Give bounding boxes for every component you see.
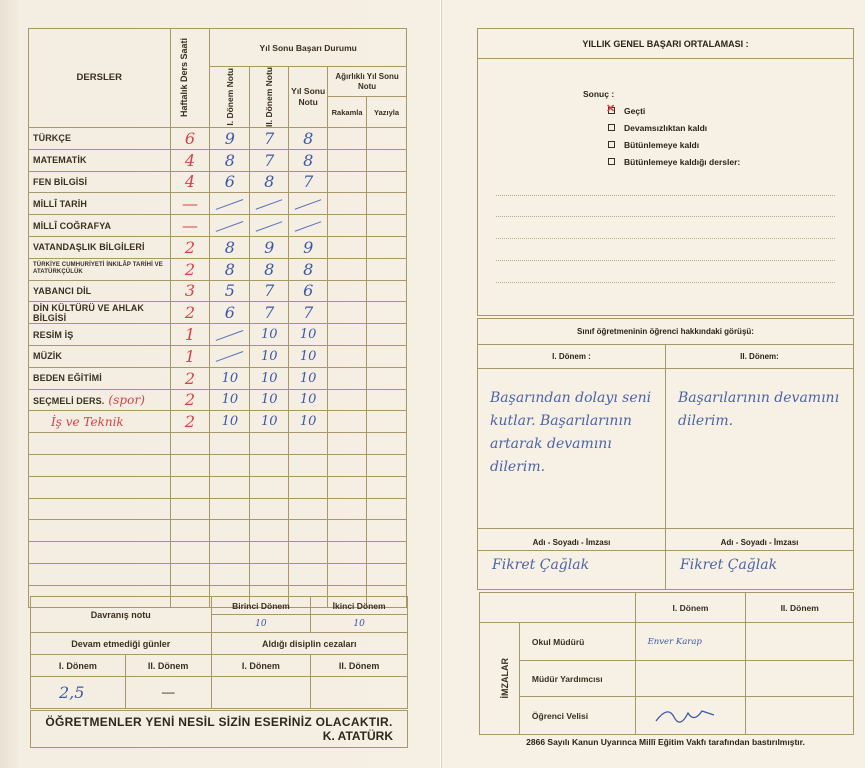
table-row: MİLLÎ COĞRAFYA—: [29, 215, 407, 237]
absence-term2-value: —: [125, 677, 211, 709]
result-label: Sonuç :: [583, 89, 740, 99]
role-parent: Öğrenci Velisi: [519, 697, 635, 735]
empty-cell: [328, 498, 367, 520]
absence-term1-value: 2,5: [31, 677, 126, 709]
empty-cell: [328, 433, 367, 455]
weighted-in-numbers: [328, 411, 367, 433]
term2-grade: 10: [250, 324, 289, 346]
empty-row: [29, 433, 407, 455]
term2-grade: 10: [250, 367, 289, 389]
quote-text: ÖĞRETMENLER YENİ NESİL SİZİN ESERİNİZ OL…: [45, 715, 393, 729]
weighted-in-words: [367, 258, 407, 280]
opinion-term2-text: Başarılarının devamını dilerim.: [666, 369, 853, 528]
empty-cell: [289, 520, 328, 542]
subject-name: MİLLÎ TARİH: [29, 193, 171, 215]
empty-cell: [210, 563, 250, 585]
signatures-term1-label: I. Dönem: [635, 593, 746, 623]
teacher-name-term2: Fikret Çağlak: [666, 551, 853, 589]
weekly-hours: 2: [170, 389, 210, 411]
dotted-line: [496, 282, 835, 283]
signatures-term2-label: II. Dönem: [746, 593, 854, 623]
empty-cell: [170, 498, 210, 520]
empty-cell: [289, 454, 328, 476]
empty-row: [29, 454, 407, 476]
subject-name: MİLLÎ COĞRAFYA: [29, 215, 171, 237]
empty-row: [29, 498, 407, 520]
weighted-in-numbers: [328, 258, 367, 280]
weekly-hours: 2: [170, 236, 210, 258]
term1-grade: 10: [210, 367, 250, 389]
term2-grade: 9: [250, 236, 289, 258]
term1-grade: 6: [210, 171, 250, 193]
checkbox-icon[interactable]: [608, 158, 615, 165]
empty-cell: [289, 498, 328, 520]
year-end-grade: 10: [289, 411, 328, 433]
term1-grade: 10: [210, 411, 250, 433]
year-end-grade: 10: [289, 367, 328, 389]
opinion-title: Sınıf öğretmeninin öğrenci hakkındaki gö…: [478, 319, 853, 345]
empty-cell: [289, 476, 328, 498]
header-in-words: Yazıyla: [367, 97, 407, 128]
discipline-term1-label: I. Dönem: [211, 655, 311, 677]
weekly-hours: 2: [170, 258, 210, 280]
weekly-hours: 6: [170, 127, 210, 149]
header-in-numbers: Rakamla: [328, 97, 367, 128]
table-row: TÜRKÇE6978: [29, 127, 407, 149]
dotted-line: [496, 195, 835, 196]
empty-cell: [289, 433, 328, 455]
empty-cell: [367, 563, 407, 585]
weekly-hours: 4: [170, 149, 210, 171]
role-principal: Okul Müdürü: [519, 623, 635, 661]
checkbox-icon[interactable]: [608, 141, 615, 148]
empty-cell: [328, 563, 367, 585]
weighted-in-words: [367, 127, 407, 149]
vice-principal-signature-term2: [746, 661, 854, 697]
weighted-in-words: [367, 171, 407, 193]
weighted-in-numbers: [328, 324, 367, 346]
empty-cell: [29, 454, 171, 476]
opinion-term1-label: I. Dönem :: [478, 345, 666, 368]
dotted-line: [496, 260, 835, 261]
opinion-term1-text: Başarından dolayı seni kutlar. Başarılar…: [478, 369, 666, 528]
weighted-in-numbers: [328, 302, 367, 324]
empty-row: [29, 476, 407, 498]
footer-note: 2866 Sayılı Kanun Uyarınca Millî Eğitim …: [477, 737, 854, 747]
empty-cell: [29, 433, 171, 455]
empty-cell: [170, 476, 210, 498]
absence-label: Devam etmediği günler: [31, 633, 212, 655]
second-term-label: İkinci Dönem: [311, 597, 408, 615]
weighted-in-words: [367, 389, 407, 411]
year-end-grade: 6: [289, 280, 328, 302]
empty-cell: [170, 454, 210, 476]
empty-cell: [170, 520, 210, 542]
behaviour-table: Davranış notu Birinci Dönem İkinci Dönem…: [30, 596, 408, 709]
term1-grade: 5: [210, 280, 250, 302]
empty-cell: [210, 520, 250, 542]
weighted-in-words: [367, 367, 407, 389]
empty-row: [29, 520, 407, 542]
discipline-term2-label: II. Dönem: [311, 655, 408, 677]
empty-row: [29, 563, 407, 585]
empty-cell: [289, 542, 328, 564]
empty-cell: [250, 542, 289, 564]
empty-cell: [328, 454, 367, 476]
year-end-grade: 10: [289, 389, 328, 411]
term2-grade: 8: [250, 258, 289, 280]
subject-name: VATANDAŞLIK BİLGİLERİ: [29, 236, 171, 258]
weighted-in-words: [367, 345, 407, 367]
term1-grade: [210, 345, 250, 367]
weighted-in-words: [367, 193, 407, 215]
empty-cell: [367, 520, 407, 542]
year-end-grade: 10: [289, 345, 328, 367]
weekly-hours-text: Haftalık Ders Saati: [179, 38, 201, 117]
term2-grade: [250, 215, 289, 237]
weighted-in-numbers: [328, 149, 367, 171]
weighted-in-words: [367, 149, 407, 171]
subject-name: RESİM İŞ: [29, 324, 171, 346]
term2-grade: 10: [250, 389, 289, 411]
empty-cell: [250, 520, 289, 542]
table-row: MÜZİK11010: [29, 345, 407, 367]
subject-name: MÜZİK: [29, 345, 171, 367]
behaviour-term1-value: 10: [211, 615, 311, 633]
behaviour-label: Davranış notu: [31, 597, 212, 633]
term1-grade: 9: [210, 127, 250, 149]
empty-cell: [170, 563, 210, 585]
table-row: FEN BİLGİSİ4687: [29, 171, 407, 193]
empty-cell: [367, 433, 407, 455]
weighted-in-numbers: [328, 127, 367, 149]
empty-cell: [367, 476, 407, 498]
subject-name: BEDEN EĞİTİMİ: [29, 367, 171, 389]
term2-grade: 10: [250, 411, 289, 433]
term1-text: I. Dönem Notu: [225, 68, 235, 126]
first-term-label: Birinci Dönem: [211, 597, 311, 615]
year-end-grade: 8: [289, 127, 328, 149]
subject-name: FEN BİLGİSİ: [29, 171, 171, 193]
empty-cell: [250, 454, 289, 476]
empty-cell: [328, 520, 367, 542]
header-subjects: DERSLER: [29, 29, 171, 128]
header-year-end: Yıl Sonu Başarı Durumu: [210, 29, 407, 67]
weekly-hours: —: [170, 193, 210, 215]
term2-grade: 7: [250, 127, 289, 149]
table-row: YABANCI DİL3576: [29, 280, 407, 302]
year-end-grade: 7: [289, 171, 328, 193]
term1-grade: 8: [210, 258, 250, 280]
empty-cell: [250, 498, 289, 520]
header-weekly-hours: Haftalık Ders Saati: [170, 29, 210, 128]
empty-cell: [210, 498, 250, 520]
header-weighted: Ağırlıklı Yıl Sonu Notu: [328, 67, 407, 97]
year-end-grade: 10: [289, 324, 328, 346]
principal-signature-term1: Enver Karap: [635, 623, 746, 661]
weekly-hours: 3: [170, 280, 210, 302]
checkbox-icon[interactable]: [608, 124, 615, 131]
empty-cell: [328, 476, 367, 498]
checkbox-icon[interactable]: [608, 107, 615, 114]
subject-name: TÜRKİYE CUMHURİYETİ İNKILÂP TARİHİ VE AT…: [29, 258, 171, 280]
empty-cell: [367, 454, 407, 476]
table-row: İş ve Teknik2101010: [29, 411, 407, 433]
term2-text: II. Dönem Notu: [264, 67, 274, 127]
weighted-in-words: [367, 302, 407, 324]
teacher-name-term1: Fikret Çağlak: [478, 551, 666, 589]
signature-scribble: [648, 701, 718, 727]
weekly-hours: 1: [170, 345, 210, 367]
term2-grade: 7: [250, 149, 289, 171]
subject-name: SEÇMELİ DERS.(spor): [29, 389, 171, 411]
empty-cell: [250, 563, 289, 585]
annual-average-section: YILLIK GENEL BAŞARI ORTALAMASI : Sonuç :…: [477, 28, 854, 316]
weekly-hours: 2: [170, 302, 210, 324]
subject-name: İş ve Teknik: [29, 411, 171, 433]
parent-signature-term2: [746, 697, 854, 735]
weighted-in-numbers: [328, 345, 367, 367]
discipline-term1-value: [211, 677, 311, 709]
empty-cell: [29, 542, 171, 564]
weighted-in-numbers: [328, 215, 367, 237]
weighted-in-numbers: [328, 236, 367, 258]
year-end-grade: [289, 215, 328, 237]
weighted-in-words: [367, 411, 407, 433]
signatures-table: I. Dönem II. Dönem İMZALAR Okul Müdürü E…: [479, 592, 854, 735]
parent-signature-term1: [635, 697, 746, 735]
signature-label-term1: Adı - Soyadı - İmzası: [478, 529, 666, 550]
empty-cell: [170, 542, 210, 564]
weighted-in-words: [367, 215, 407, 237]
subject-name: TÜRKÇE: [29, 127, 171, 149]
term2-grade: 7: [250, 302, 289, 324]
empty-cell: [29, 563, 171, 585]
signatures-corner: [480, 593, 636, 623]
behaviour-term2-value: 10: [311, 615, 408, 633]
year-end-grade: 7: [289, 302, 328, 324]
result-option-label: Geçti: [624, 106, 645, 116]
dotted-line: [496, 238, 835, 239]
year-end-grade: 9: [289, 236, 328, 258]
result-option-label: Bütünlemeye kaldığı dersler:: [624, 157, 740, 167]
term1-grade: 10: [210, 389, 250, 411]
term2-grade: 10: [250, 345, 289, 367]
result-option[interactable]: Geçti: [608, 102, 740, 119]
term1-grade: [210, 193, 250, 215]
absence-term1-label: I. Dönem: [31, 655, 126, 677]
dotted-line: [496, 216, 835, 217]
discipline-label: Aldığı disiplin cezaları: [211, 633, 407, 655]
header-year-grade: Yıl Sonu Notu: [289, 67, 328, 128]
discipline-term2-value: [311, 677, 408, 709]
empty-cell: [210, 454, 250, 476]
term2-grade: [250, 193, 289, 215]
term2-grade: 8: [250, 171, 289, 193]
empty-cell: [367, 498, 407, 520]
term1-grade: [210, 324, 250, 346]
table-row: MATEMATİK4878: [29, 149, 407, 171]
empty-cell: [289, 563, 328, 585]
table-row: MİLLÎ TARİH—: [29, 193, 407, 215]
subject-note: (spor): [108, 393, 145, 407]
table-row: DİN KÜLTÜRÜ VE AHLAK BİLGİSİ2677: [29, 302, 407, 324]
opinion-term2-label: II. Dönem:: [666, 345, 853, 368]
table-row: VATANDAŞLIK BİLGİLERİ2899: [29, 236, 407, 258]
grades-table: DERSLER Haftalık Ders Saati Yıl Sonu Baş…: [28, 28, 407, 608]
weekly-hours: 2: [170, 367, 210, 389]
result-option[interactable]: Bütünlemeye kaldı: [608, 136, 740, 153]
role-vice-principal: Müdür Yardımcısı: [519, 661, 635, 697]
empty-cell: [367, 542, 407, 564]
ataturk-quote: ÖĞRETMENLER YENİ NESİL SİZİN ESERİNİZ OL…: [30, 710, 408, 748]
term1-grade: 8: [210, 149, 250, 171]
weighted-in-words: [367, 280, 407, 302]
empty-cell: [170, 433, 210, 455]
empty-cell: [328, 542, 367, 564]
table-row: SEÇMELİ DERS.(spor)2101010: [29, 389, 407, 411]
empty-row: [29, 542, 407, 564]
table-row: RESİM İŞ11010: [29, 324, 407, 346]
weighted-in-numbers: [328, 389, 367, 411]
empty-cell: [29, 520, 171, 542]
empty-cell: [250, 433, 289, 455]
principal-signature-term2: [746, 623, 854, 661]
empty-cell: [210, 542, 250, 564]
weighted-in-numbers: [328, 280, 367, 302]
subject-name: YABANCI DİL: [29, 280, 171, 302]
weekly-hours: 1: [170, 324, 210, 346]
result-option-label: Bütünlemeye kaldı: [624, 140, 699, 150]
annual-average-title: YILLIK GENEL BAŞARI ORTALAMASI :: [478, 29, 853, 59]
empty-cell: [250, 476, 289, 498]
table-row: BEDEN EĞİTİMİ2101010: [29, 367, 407, 389]
weekly-hours: 4: [170, 171, 210, 193]
weighted-in-numbers: [328, 193, 367, 215]
signature-label-term2: Adı - Soyadı - İmzası: [666, 529, 853, 550]
weighted-in-numbers: [328, 367, 367, 389]
term1-grade: 8: [210, 236, 250, 258]
empty-cell: [29, 498, 171, 520]
year-end-grade: [289, 193, 328, 215]
weighted-in-numbers: [328, 171, 367, 193]
empty-cell: [29, 476, 171, 498]
subject-name: MATEMATİK: [29, 149, 171, 171]
subject-name: DİN KÜLTÜRÜ VE AHLAK BİLGİSİ: [29, 302, 171, 324]
imzalar-text: İMZALAR: [500, 658, 510, 699]
year-end-grade: 8: [289, 149, 328, 171]
weighted-in-words: [367, 324, 407, 346]
vice-principal-signature-term1: [635, 661, 746, 697]
result-option[interactable]: Devamsızlıktan kaldı: [608, 119, 740, 136]
quote-author: K. ATATÜRK: [45, 729, 393, 743]
empty-cell: [210, 476, 250, 498]
weekly-hours: 2: [170, 411, 210, 433]
teacher-opinion-section: Sınıf öğretmeninin öğrenci hakkındaki gö…: [477, 318, 854, 590]
weighted-in-words: [367, 236, 407, 258]
empty-cell: [210, 433, 250, 455]
header-term1: I. Dönem Notu: [210, 67, 250, 128]
imzalar-label: İMZALAR: [480, 623, 520, 735]
weekly-hours: —: [170, 215, 210, 237]
result-option[interactable]: Bütünlemeye kaldığı dersler:: [608, 153, 740, 170]
term2-grade: 7: [250, 280, 289, 302]
table-row: TÜRKİYE CUMHURİYETİ İNKILÂP TARİHİ VE AT…: [29, 258, 407, 280]
header-term2: II. Dönem Notu: [250, 67, 289, 128]
year-end-grade: 8: [289, 258, 328, 280]
term1-grade: 6: [210, 302, 250, 324]
result-option-label: Devamsızlıktan kaldı: [624, 123, 707, 133]
result-options: Sonuç : GeçtiDevamsızlıktan kaldıBütünle…: [583, 89, 740, 170]
absence-term2-label: II. Dönem: [125, 655, 211, 677]
term1-grade: [210, 215, 250, 237]
